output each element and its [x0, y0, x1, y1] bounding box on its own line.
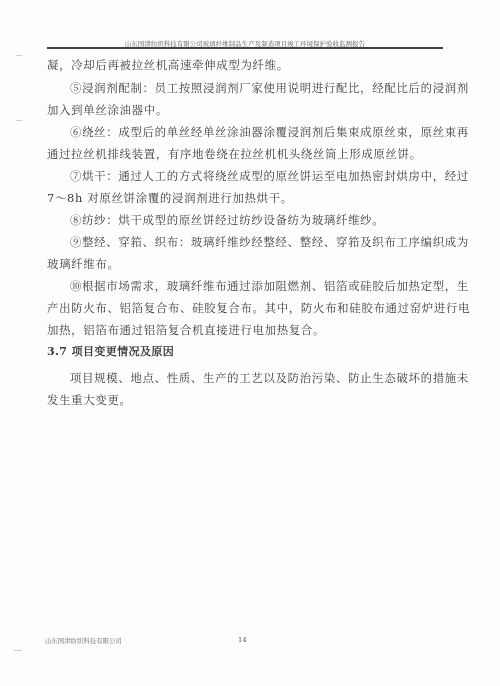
paragraph-line: 加入到单丝涂油器中。: [47, 103, 443, 117]
paragraph-line: ⑥绕丝：成型后的单丝经单丝涂油器涂覆浸润剂后集束成原丝束，原丝束再: [70, 125, 466, 139]
paragraph-line: 通过拉丝机排线装置，有序地卷绕在拉丝机机头绕丝筒上形成原丝饼。: [47, 147, 443, 161]
footer-company: 山东国津纺织科技有限公司: [45, 636, 122, 645]
paragraph-line: 发生重大变更。: [47, 393, 443, 407]
section-number: 3.7: [47, 345, 67, 358]
margin-mark: [14, 650, 22, 651]
section-heading: 3.7 项目变更情况及原因: [47, 345, 443, 359]
paragraph-line: 加热，铝箔布通过铝箔复合机直接进行电加热复合。: [47, 323, 443, 337]
paragraph-line: 凝，冷却后再被拉丝机高速牵伸成型为纤维。: [47, 58, 443, 72]
paragraph-line: ⑨整经、穿筘、织布：玻璃纤维纱经整经、整经、穿筘及织布工序编织成为: [70, 235, 466, 249]
paragraph-line: 7～8h 对原丝饼涂覆的浸润剂进行加热烘干。: [47, 191, 443, 205]
paragraph-line: 玻璃纤维布。: [47, 257, 443, 271]
paragraph-line: ⑩根据市场需求，玻璃纤维布通过添加阻燃剂、铝箔或硅胶后加热定型，生: [70, 279, 466, 293]
paragraph-line: ⑧纺纱：烘干成型的原丝饼经过纺纱设备纺为玻璃纤维纱。: [70, 213, 466, 227]
paragraph-line: ⑤浸润剂配制：员工按照浸润剂厂家使用说明进行配比，经配比后的浸润剂: [70, 81, 466, 95]
page-number: 14: [238, 636, 247, 644]
margin-mark: [16, 120, 22, 121]
header-divider: [47, 47, 443, 49]
paragraph-line: 项目规模、地点、性质、生产的工艺以及防治污染、防止生态破坏的措施未: [70, 371, 466, 385]
paragraph-line: ⑦烘干：通过人工的方式将绕丝成型的原丝饼运至电加热密封烘房中，经过: [70, 169, 466, 183]
section-title: 项目变更情况及原因: [72, 345, 175, 358]
paragraph-line: 产出防火布、铝箔复合布、硅胶复合布。其中，防火布和硅胶布通过窑炉进行电: [47, 301, 443, 315]
margin-mark: [16, 55, 22, 56]
